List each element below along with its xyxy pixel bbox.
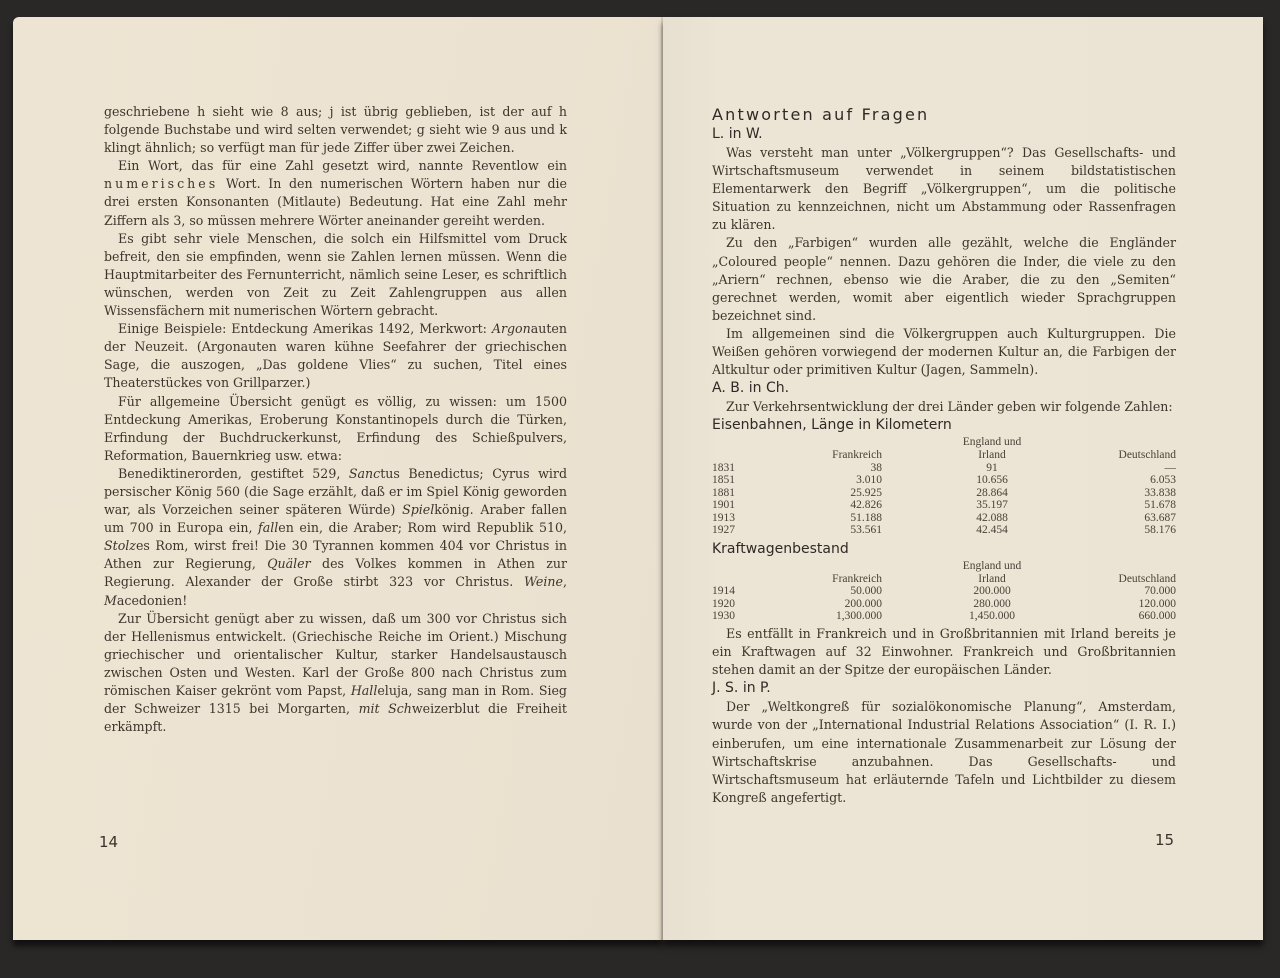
table-row: 188125.92528.86433.838 [712, 487, 1176, 500]
paragraph: Zu den „Farbigen“ wurden alle gezählt, w… [712, 234, 1176, 324]
mnemonic-fragment: Sanc [349, 466, 380, 481]
value-cell: 42.826 [772, 499, 882, 512]
column-header-england-line2: Irland [978, 449, 1005, 461]
column-header-england-line2: Irland [978, 573, 1005, 585]
left-page-body: geschriebene h sieht wie 8 aus; j ist üb… [104, 103, 567, 736]
table-row: 19301,300.0001,450.000660.000 [712, 610, 1176, 623]
column-header-frankreich: Frankreich [832, 573, 882, 585]
column-header-frankreich: Frankreich [832, 449, 882, 461]
column-header-deutschland: Deutschland [1119, 573, 1176, 585]
year-cell: 1930 [712, 610, 772, 623]
text-run: numerisches [104, 176, 218, 191]
paragraph: Was versteht man unter „Völkergruppen“? … [712, 144, 1176, 234]
value-cell: 35.197 [882, 499, 1062, 512]
value-cell: 50.000 [772, 585, 882, 598]
mnemonic-fragment: mit Sch [359, 701, 412, 716]
text-run: Für allgemeine Übersicht genügt es völli… [104, 394, 567, 463]
table-row: 18313891— [712, 462, 1176, 475]
table-title-railways: Eisenbahnen, Länge in Kilometern [712, 416, 1176, 435]
mnemonic-fragment: Spiel [402, 502, 434, 517]
text-run: Einige Beispiele: Entdeckung Amerikas 14… [118, 321, 492, 336]
value-cell: 280.000 [882, 598, 1062, 611]
table-row: 1920200.000280.000120.000 [712, 598, 1176, 611]
paragraph: Benediktinerorden, gestiftet 529, Sanctu… [104, 465, 567, 610]
paragraph: Einige Beispiele: Entdeckung Amerikas 14… [104, 320, 567, 392]
value-cell: 53.561 [772, 524, 882, 537]
mnemonic-fragment: Quäler [267, 556, 310, 571]
value-cell: 63.687 [1062, 512, 1176, 525]
column-header-england-line1: England und [963, 560, 1021, 572]
text-run: Es gibt sehr viele Menschen, die solch e… [104, 231, 567, 318]
year-cell: 1881 [712, 487, 772, 500]
value-cell: 51.188 [772, 512, 882, 525]
value-cell: 120.000 [1062, 598, 1176, 611]
value-cell: 51.678 [1062, 499, 1176, 512]
paragraph: Zur Übersicht genügt aber zu wissen, daß… [104, 610, 567, 737]
value-cell: 1,300.000 [772, 610, 882, 623]
year-cell: 1920 [712, 598, 772, 611]
mnemonic-fragment: fall [258, 520, 278, 535]
table-row: 192753.56142.45458.176 [712, 524, 1176, 537]
value-cell: 200.000 [772, 598, 882, 611]
mnemonic-fragment: M [104, 593, 117, 608]
page-title: Antworten auf Fragen [712, 105, 1176, 125]
year-cell: 1851 [712, 474, 772, 487]
year-cell: 1913 [712, 512, 772, 525]
text-run: , [563, 574, 567, 589]
mnemonic-fragment: Hall [351, 683, 378, 698]
text-run: geschriebene h sieht wie 8 aus; j ist üb… [104, 104, 567, 155]
value-cell: 70.000 [1062, 585, 1176, 598]
paragraph: Im allgemeinen sind die Völkergruppen au… [712, 325, 1176, 379]
paragraph: Es gibt sehr viele Menschen, die solch e… [104, 230, 567, 320]
value-cell: 660.000 [1062, 610, 1176, 623]
value-cell: 200.000 [882, 585, 1062, 598]
year-cell: 1901 [712, 499, 772, 512]
railways-table: Frankreich England undIrland Deutschland… [712, 436, 1176, 537]
table-header-row: Frankreich England undIrland Deutschland [712, 436, 1176, 461]
value-cell: 33.838 [1062, 487, 1176, 500]
text-run: acedonien! [117, 593, 187, 608]
mnemonic-fragment: Weine [524, 574, 563, 589]
column-header-england-line1: England und [963, 436, 1021, 448]
value-cell: 3.010 [772, 474, 882, 487]
table-row: 190142.82635.19751.678 [712, 499, 1176, 512]
table-row: 191351.18842.08863.687 [712, 512, 1176, 525]
paragraph: geschriebene h sieht wie 8 aus; j ist üb… [104, 103, 567, 157]
table-row: 18513.01010.6566.053 [712, 474, 1176, 487]
value-cell: 42.454 [882, 524, 1062, 537]
value-cell: 6.053 [1062, 474, 1176, 487]
section-heading-a-b-in-ch: A. B. in Ch. [712, 379, 1176, 398]
value-cell: 10.656 [882, 474, 1062, 487]
paragraph-intro: Zur Verkehrsentwicklung der drei Länder … [712, 398, 1176, 416]
motor-vehicles-table: Frankreich England undIrland Deutschland… [712, 560, 1176, 623]
mnemonic-fragment: Stolz [104, 538, 136, 553]
section-heading-j-s-in-p: J. S. in P. [712, 679, 1176, 698]
paragraph: Der „Weltkongreß für sozialökonomische P… [712, 698, 1176, 807]
page-number-left: 14 [99, 833, 118, 851]
table-header-row: Frankreich England undIrland Deutschland [712, 560, 1176, 585]
text-run: Ein Wort, das für eine Zahl gesetzt wird… [118, 158, 567, 173]
value-cell: 38 [772, 462, 882, 475]
column-header-deutschland: Deutschland [1119, 449, 1176, 461]
value-cell: 42.088 [882, 512, 1062, 525]
year-cell: 1914 [712, 585, 772, 598]
value-cell: 25.925 [772, 487, 882, 500]
page-number-right: 15 [1155, 831, 1174, 849]
value-cell: 58.176 [1062, 524, 1176, 537]
table-row: 191450.000200.00070.000 [712, 585, 1176, 598]
table-title-motor-vehicles: Kraftwagenbestand [712, 540, 1176, 559]
text-run: Benediktinerorden, gestiftet 529, [118, 466, 349, 481]
value-cell: — [1062, 462, 1176, 475]
paragraph: Ein Wort, das für eine Zahl gesetzt wird… [104, 157, 567, 229]
value-cell: 28.864 [882, 487, 1062, 500]
value-cell: 1,450.000 [882, 610, 1062, 623]
mnemonic-fragment: Argon [492, 321, 531, 336]
paragraph: Für allgemeine Übersicht genügt es völli… [104, 393, 567, 465]
section-heading-l-in-w: L. in W. [712, 125, 1176, 144]
text-run: en ein, die Araber; Rom wird Republik 51… [278, 520, 567, 535]
year-cell: 1927 [712, 524, 772, 537]
right-page-body: Antworten auf Fragen L. in W. Was verste… [712, 101, 1176, 807]
year-cell: 1831 [712, 462, 772, 475]
paragraph-outro: Es entfällt in Frankreich und in Großbri… [712, 625, 1176, 679]
value-cell: 91 [882, 462, 1062, 475]
